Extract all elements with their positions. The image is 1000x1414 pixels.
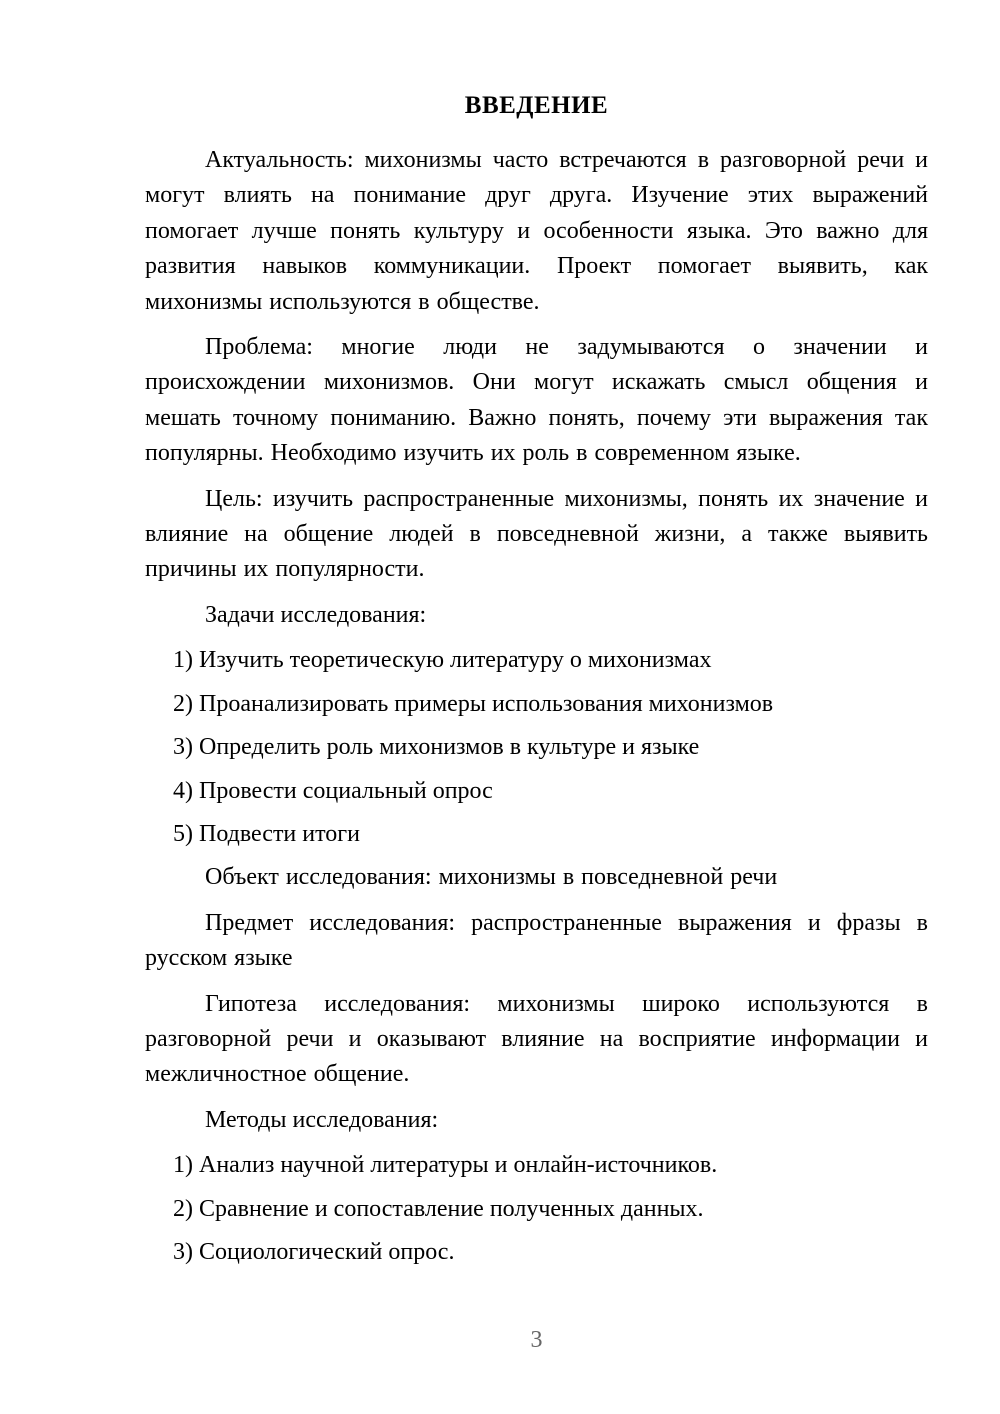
task-item-4: 4) Провести социальный опрос <box>145 774 928 809</box>
paragraph-hypothesis: Гипотеза исследования: михонизмы широко … <box>145 987 928 1093</box>
paragraph-object: Объект исследования: михонизмы в повседн… <box>145 860 928 895</box>
page-number: 3 <box>145 1323 928 1358</box>
method-item-2: 2) Сравнение и сопоставление полученных … <box>145 1192 928 1227</box>
document-content: ВВЕДЕНИЕ Актуальность: михонизмы часто в… <box>0 0 1000 1270</box>
page-title: ВВЕДЕНИЕ <box>145 88 928 123</box>
document-page: ВВЕДЕНИЕ Актуальность: михонизмы часто в… <box>0 0 1000 1414</box>
paragraph-subject: Предмет исследования: распространенные в… <box>145 906 928 977</box>
tasks-heading: Задачи исследования: <box>145 598 928 633</box>
paragraph-goal: Цель: изучить распространенные михонизмы… <box>145 482 928 588</box>
task-item-3: 3) Определить роль михонизмов в культуре… <box>145 730 928 765</box>
method-item-1: 1) Анализ научной литературы и онлайн-ис… <box>145 1148 928 1183</box>
method-item-3: 3) Социологический опрос. <box>145 1235 928 1270</box>
methods-heading: Методы исследования: <box>145 1103 928 1138</box>
paragraph-actuality: Актуальность: михонизмы часто встречаютс… <box>145 143 928 320</box>
task-item-1: 1) Изучить теоретическую литературу о ми… <box>145 643 928 678</box>
tasks-list: 1) Изучить теоретическую литературу о ми… <box>145 643 928 852</box>
methods-list: 1) Анализ научной литературы и онлайн-ис… <box>145 1148 928 1270</box>
task-item-5: 5) Подвести итоги <box>145 817 928 852</box>
task-item-2: 2) Проанализировать примеры использовани… <box>145 687 928 722</box>
paragraph-problem: Проблема: многие люди не задумываются о … <box>145 330 928 472</box>
